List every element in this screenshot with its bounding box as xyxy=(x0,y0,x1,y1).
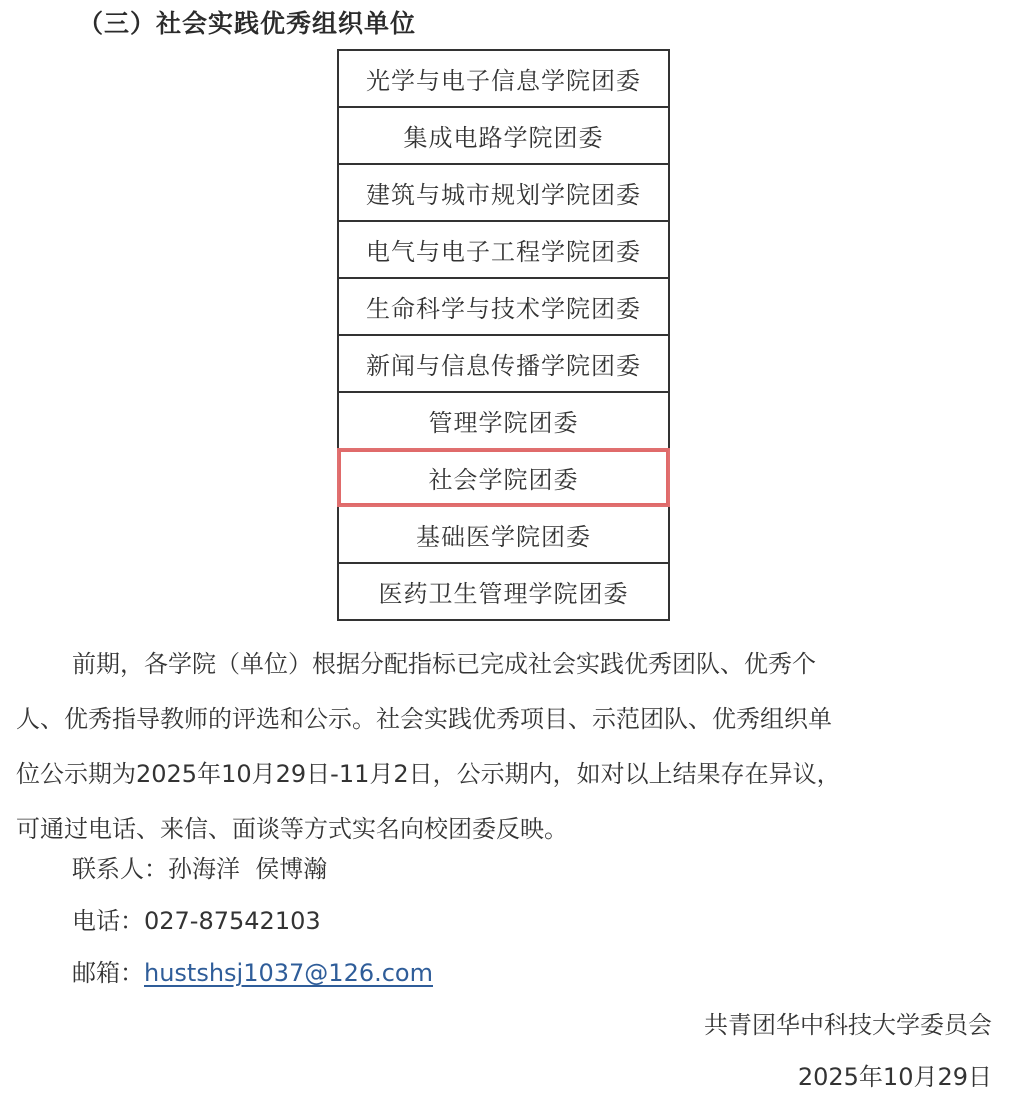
signature-date: 2025年10月29日 xyxy=(704,1051,992,1103)
table-row-highlighted: 社会学院团委 xyxy=(338,449,669,506)
phone-line: 电话：027-87542103 xyxy=(72,895,433,947)
notice-paragraph: 前期，各学院（单位）根据分配指标已完成社会实践优秀团队、优秀个 人、优秀指导教师… xyxy=(16,637,1006,857)
table-row: 集成电路学院团委 xyxy=(338,107,669,164)
contact-person-label: 联系人： xyxy=(72,855,168,883)
signature-organization: 共青团华中科技大学委员会 xyxy=(704,999,992,1051)
table-cell: 光学与电子信息学院团委 xyxy=(338,50,669,107)
table-cell: 管理学院团委 xyxy=(338,392,669,449)
table-cell: 新闻与信息传播学院团委 xyxy=(338,335,669,392)
notice-line: 位公示期为2025年10月29日-11月2日，公示期内，如对以上结果存在异议， xyxy=(16,747,1006,802)
contact-person-names: 孙海洋 侯博瀚 xyxy=(168,855,327,883)
notice-line: 前期，各学院（单位）根据分配指标已完成社会实践优秀团队、优秀个 xyxy=(16,637,1006,692)
contact-block: 联系人：孙海洋 侯博瀚 电话：027-87542103 邮箱：hustshsj1… xyxy=(72,843,433,999)
table-row: 电气与电子工程学院团委 xyxy=(338,221,669,278)
notice-line: 人、优秀指导教师的评选和公示。社会实践优秀项目、示范团队、优秀组织单 xyxy=(16,692,1006,747)
contact-person-line: 联系人：孙海洋 侯博瀚 xyxy=(72,843,433,895)
table-row: 新闻与信息传播学院团委 xyxy=(338,335,669,392)
organization-table: 光学与电子信息学院团委 集成电路学院团委 建筑与城市规划学院团委 电气与电子工程… xyxy=(337,49,670,621)
table-cell: 社会学院团委 xyxy=(338,449,669,506)
table-cell: 建筑与城市规划学院团委 xyxy=(338,164,669,221)
signature-block: 共青团华中科技大学委员会 2025年10月29日 xyxy=(704,999,992,1103)
table-row: 医药卫生管理学院团委 xyxy=(338,563,669,620)
phone-number: 027-87542103 xyxy=(144,907,321,935)
table-cell: 生命科学与技术学院团委 xyxy=(338,278,669,335)
table-cell: 医药卫生管理学院团委 xyxy=(338,563,669,620)
table-row: 管理学院团委 xyxy=(338,392,669,449)
email-label: 邮箱： xyxy=(72,959,144,987)
section-title: （三）社会实践优秀组织单位 xyxy=(78,4,416,44)
table-cell: 电气与电子工程学院团委 xyxy=(338,221,669,278)
table-row: 光学与电子信息学院团委 xyxy=(338,50,669,107)
phone-label: 电话： xyxy=(72,907,144,935)
table-cell: 基础医学院团委 xyxy=(338,506,669,563)
table-row: 建筑与城市规划学院团委 xyxy=(338,164,669,221)
email-link[interactable]: hustshsj1037@126.com xyxy=(144,959,433,987)
table-row: 生命科学与技术学院团委 xyxy=(338,278,669,335)
table-row: 基础医学院团委 xyxy=(338,506,669,563)
email-line: 邮箱：hustshsj1037@126.com xyxy=(72,947,433,999)
table-cell: 集成电路学院团委 xyxy=(338,107,669,164)
